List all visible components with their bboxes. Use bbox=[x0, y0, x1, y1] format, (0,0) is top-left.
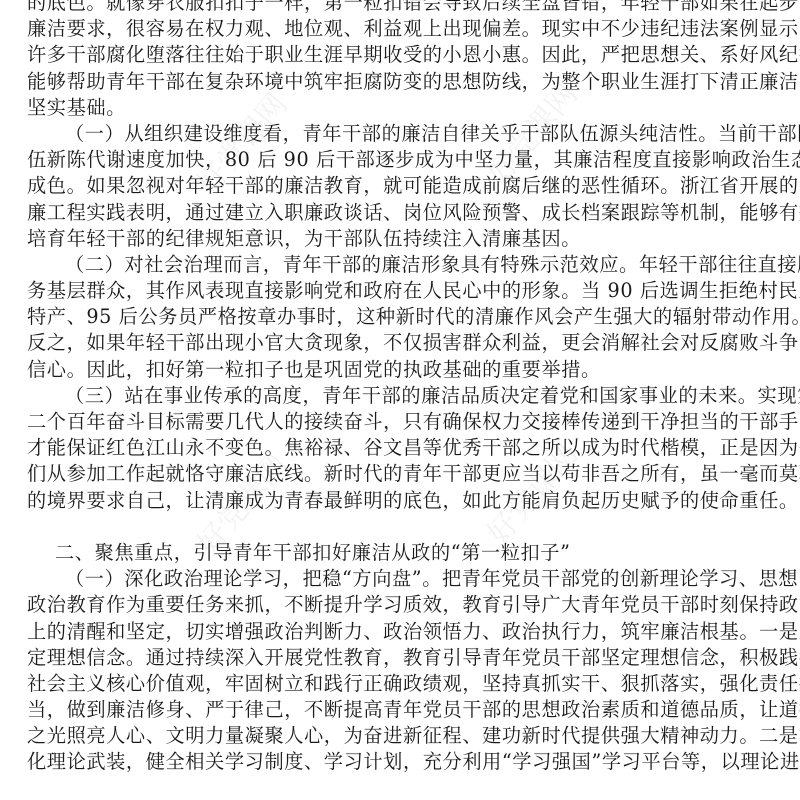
text-line: 上的清醒和坚定，切实增强政治判断力、政治领悟力、政治执行力，筑牢廉洁根基。一是坚 bbox=[27, 619, 773, 645]
text-line: （二）对社会治理而言，青年干部的廉洁形象具有特殊示范效应。年轻干部往往直接服 bbox=[27, 252, 773, 278]
text-line: 的底色。就像穿衣服扣扣子一样，第一粒扣错会导致后续全盘皆错，年轻干部如果在起步阶… bbox=[27, 0, 773, 16]
paragraph-social-governance: （二）对社会治理而言，青年干部的廉洁形象具有特殊示范效应。年轻干部往往直接服 务… bbox=[27, 252, 773, 383]
blank-line bbox=[27, 514, 773, 540]
text-line: 定理想信念。通过持续深入开展党性教育，教育引导青年党员干部坚定理想信念，积极践行 bbox=[27, 645, 773, 671]
text-line: 廉洁要求，很容易在权力观、地位观、利益观上出现偏差。现实中不少违纪违法案例显示， bbox=[27, 16, 773, 42]
paragraph-career-inheritance: （三）站在事业传承的高度，青年干部的廉洁品质决定着党和国家事业的未来。实现第 二… bbox=[27, 383, 773, 514]
paragraph-organization: （一）从组织建设维度看，青年干部的廉洁自律关乎干部队伍源头纯洁性。当前干部队 伍… bbox=[27, 121, 773, 252]
section-heading-text: 二、聚焦重点，引导青年干部扣好廉洁从政的“第一粒扣子” bbox=[27, 540, 773, 566]
text-line: 之光照亮人心、文明力量凝聚人心，为奋进新征程、建功新时代提供强大精神动力。二是深 bbox=[27, 723, 773, 749]
text-line: 能够帮助青年干部在复杂环境中筑牢拒腐防变的思想防线，为整个职业生涯打下清正廉洁的 bbox=[27, 69, 773, 95]
text-line: 许多干部腐化堕落往往始于职业生涯早期收受的小恩小惠。因此，严把思想关、系好风纪扣… bbox=[27, 42, 773, 68]
paragraph: 的底色。就像穿衣服扣扣子一样，第一粒扣错会导致后续全盘皆错，年轻干部如果在起步阶… bbox=[27, 0, 773, 121]
text-line: 信心。因此，扣好第一粒扣子也是巩固党的执政基础的重要举措。 bbox=[27, 357, 773, 383]
text-line: （一）从组织建设维度看，青年干部的廉洁自律关乎干部队伍源头纯洁性。当前干部队 bbox=[27, 121, 773, 147]
text-line: 坚实基础。 bbox=[27, 95, 773, 121]
text-line: 们从参加工作起就恪守廉洁底线。新时代的青年干部更应当以苟非吾之所有，虽一毫而莫取 bbox=[27, 461, 773, 487]
text-line: 二个百年奋斗目标需要几代人的接续奋斗，只有确保权力交接棒传递到干净担当的干部手中… bbox=[27, 409, 773, 435]
section-heading: 二、聚焦重点，引导青年干部扣好廉洁从政的“第一粒扣子” bbox=[27, 540, 773, 566]
text-line: （一）深化政治理论学习，把稳“方向盘”。把青年党员干部党的创新理论学习、思想 bbox=[27, 566, 773, 592]
text-line: 伍新陈代谢速度加快，80 后 90 后干部逐步成为中坚力量，其廉洁程度直接影响政… bbox=[27, 147, 773, 173]
text-line: 培育年轻干部的纪律规矩意识，为干部队伍持续注入清廉基因。 bbox=[27, 226, 773, 252]
text-line: 反之，如果年轻干部出现小官大贪现象，不仅损害群众利益，更会消解社会对反腐败斗争的 bbox=[27, 330, 773, 356]
text-line: 特产、95 后公务员严格按章办事时，这种新时代的清廉作风会产生强大的辐射带动作用… bbox=[27, 304, 773, 330]
text-line: 化理论武装，健全相关学习制度、学习计划，充分利用“学习强国”学习平台等，以理论进… bbox=[27, 749, 773, 775]
text-line: 成色。如果忽视对年轻干部的廉洁教育，就可能造成前腐后继的恶性循环。浙江省开展的青 bbox=[27, 173, 773, 199]
paragraph-political-study: （一）深化政治理论学习，把稳“方向盘”。把青年党员干部党的创新理论学习、思想 政… bbox=[27, 566, 773, 776]
text-line: 当，做到廉洁修身、严于律己，不断提高青年党员干部的思想政治素质和道德品质，让道德 bbox=[27, 697, 773, 723]
document-page: 的底色。就像穿衣服扣扣子一样，第一粒扣错会导致后续全盘皆错，年轻干部如果在起步阶… bbox=[27, 0, 773, 776]
text-line: 务基层群众，其作风表现直接影响党和政府在人民心中的形象。当 90 后选调生拒绝村… bbox=[27, 278, 773, 304]
text-line: 才能保证红色江山永不变色。焦裕禄、谷文昌等优秀干部之所以成为时代楷模，正是因为他 bbox=[27, 435, 773, 461]
text-line: 的境界要求自己，让清廉成为青春最鲜明的底色，如此方能肩负起历史赋予的使命重任。 bbox=[27, 488, 773, 514]
text-line: （三）站在事业传承的高度，青年干部的廉洁品质决定着党和国家事业的未来。实现第 bbox=[27, 383, 773, 409]
text-line: 廉工程实践表明，通过建立入职廉政谈话、岗位风险预警、成长档案跟踪等机制，能够有效 bbox=[27, 200, 773, 226]
text-line: 社会主义核心价值观，牢固树立和践行正确政绩观，坚持真抓实干、狠抓落实，强化责任担 bbox=[27, 671, 773, 697]
text-line: 政治教育作为重要任务来抓，不断提升学习质效，教育引导广大青年党员干部时刻保持政治 bbox=[27, 592, 773, 618]
